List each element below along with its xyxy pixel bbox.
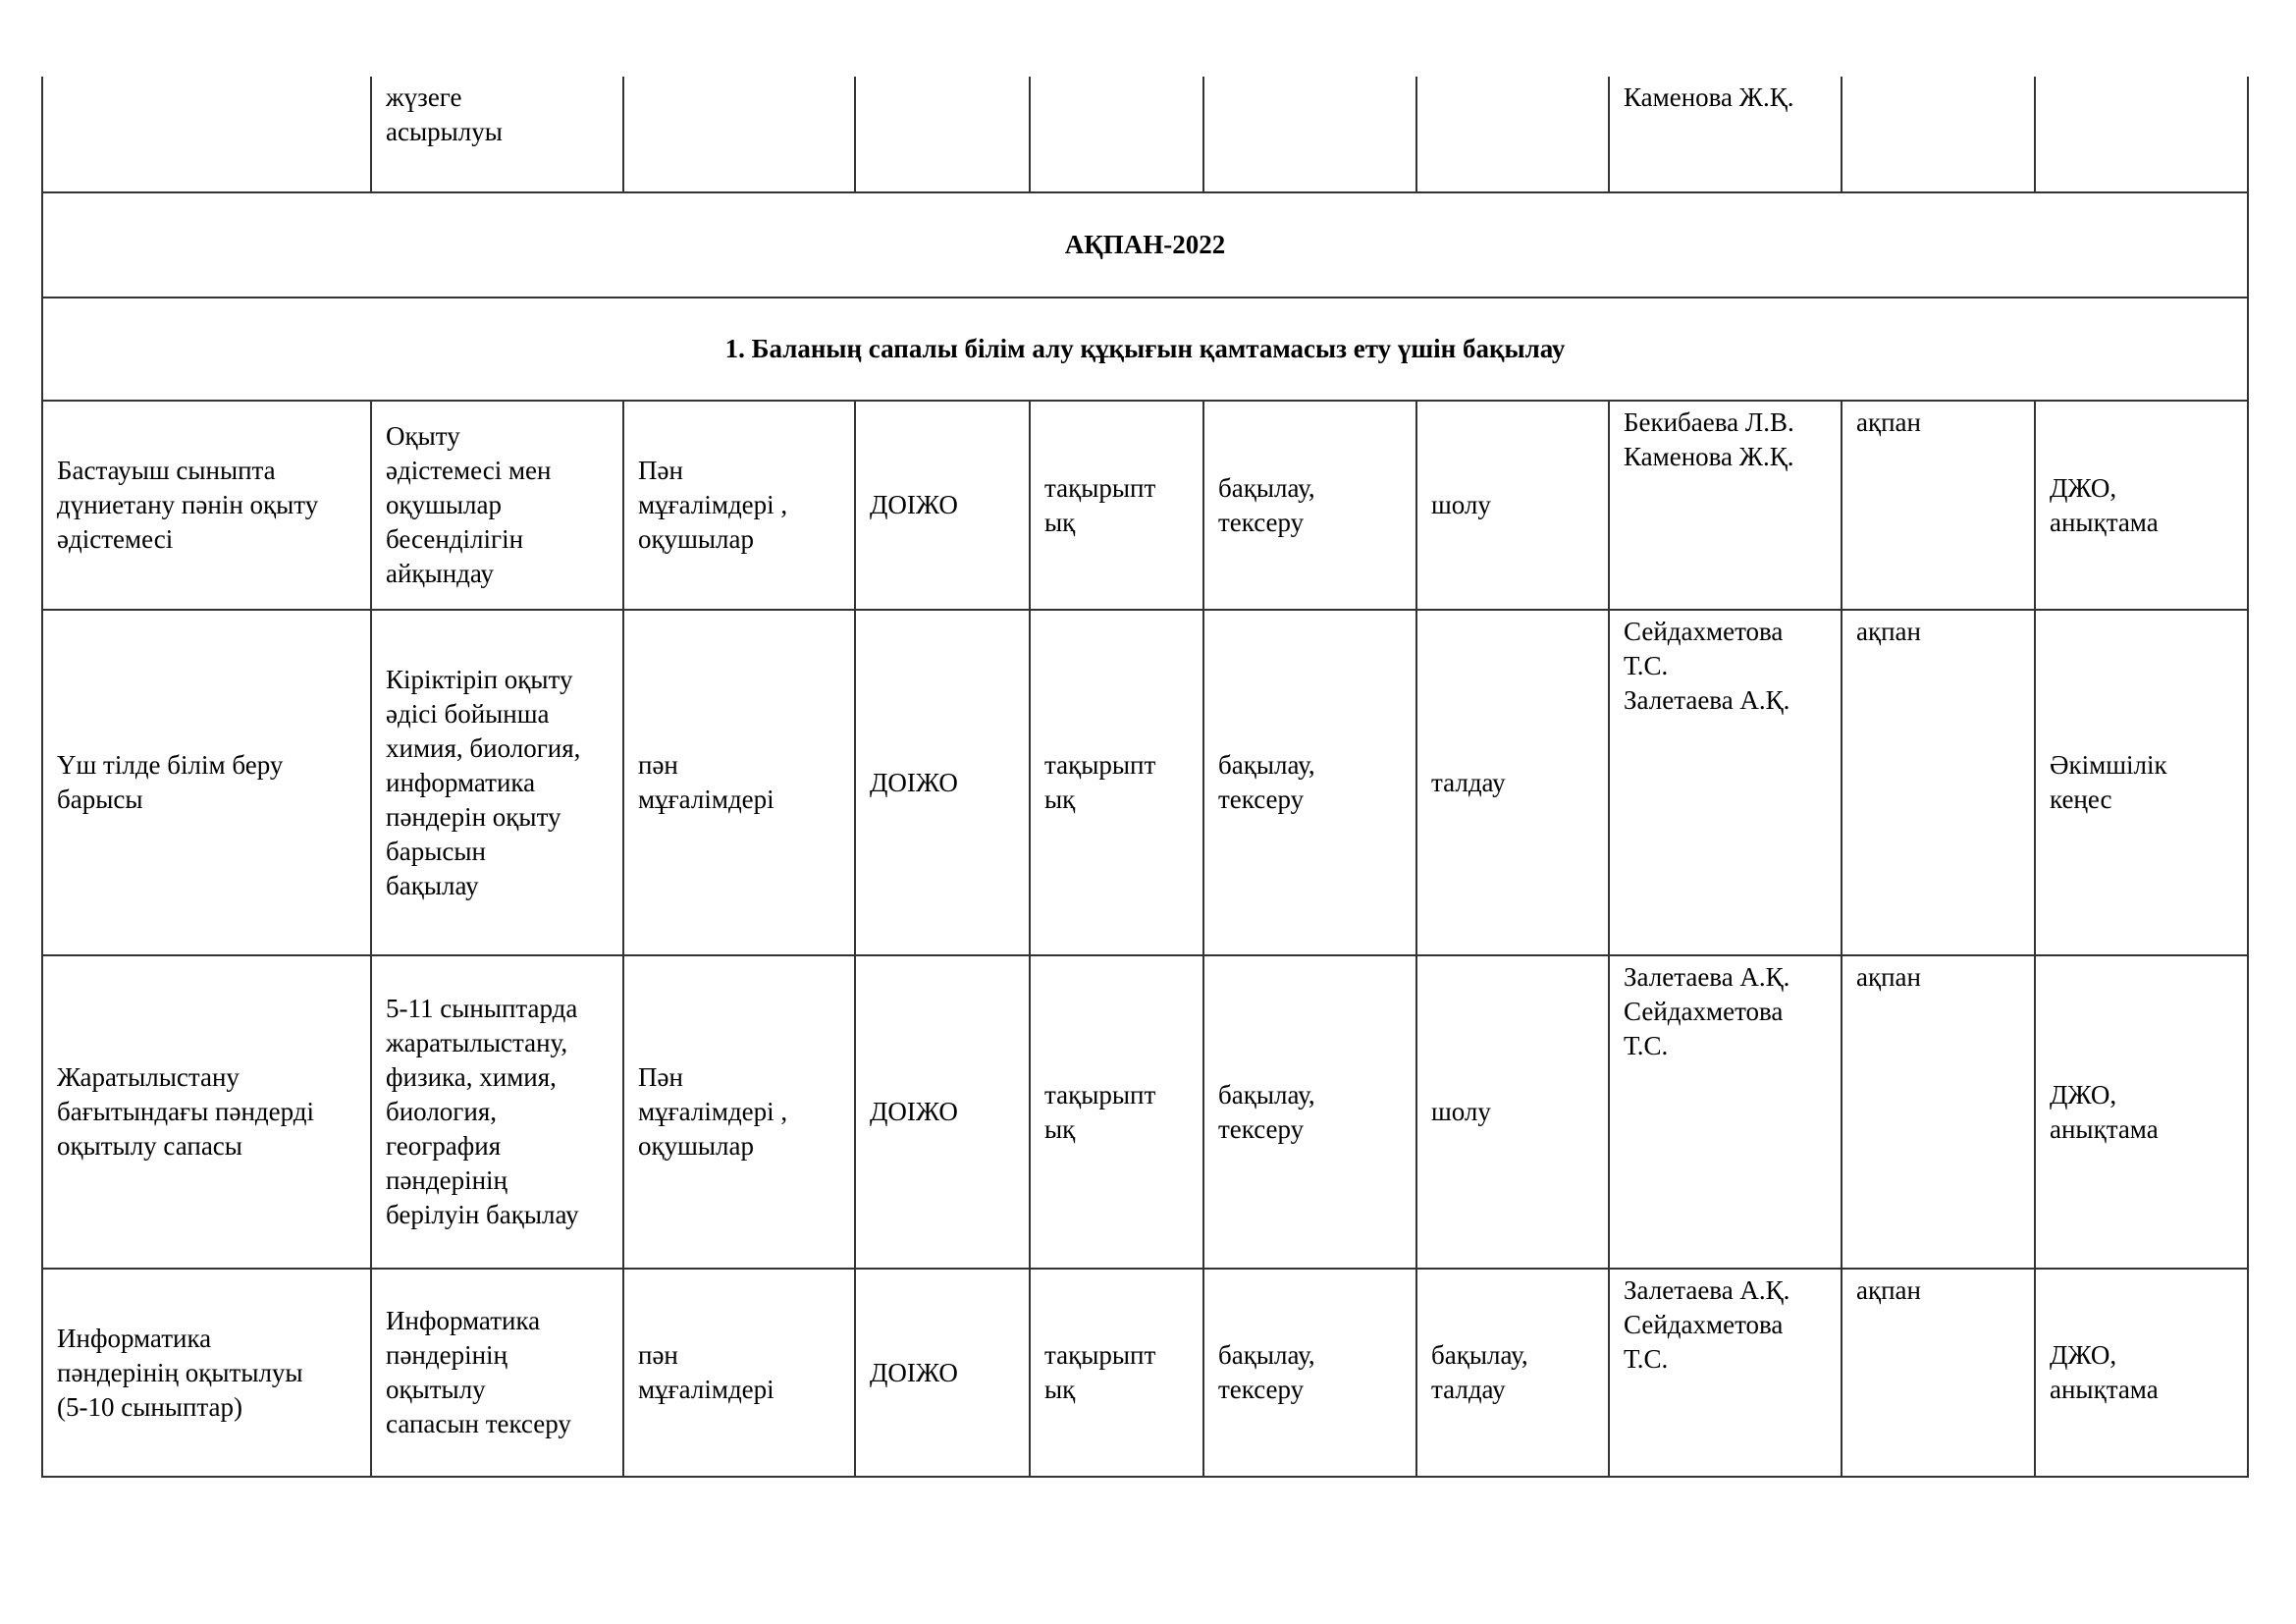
cell-responsible: Залетаева А.Қ.СейдахметоваТ.С.	[1609, 1269, 1842, 1477]
cell-goal: Оқытуәдістемесі меноқушыларбесенділігіна…	[371, 401, 623, 610]
cell-text-line: Залетаева А.Қ.	[1624, 1273, 1827, 1308]
cell-text-line: барысы	[57, 783, 356, 817]
cell-text-line: тексеру	[1218, 1373, 1402, 1407]
cell-output: ДЖО,анықтама	[2035, 955, 2248, 1269]
cell-text-line: анықтама	[2050, 506, 2233, 540]
cell-unit: ДОІЖО	[855, 401, 1030, 610]
cell-period	[1842, 77, 2035, 192]
cell-text-line: Сейдахметова	[1624, 615, 1827, 649]
cell-text-line: информатика	[386, 766, 609, 800]
cell-text-line: сапасын тексеру	[386, 1407, 609, 1441]
cell-goal: Информатикапәндерініңоқытылусапасын текс…	[371, 1269, 623, 1477]
cell-text-line: бақылау	[386, 869, 609, 903]
cell-text-line: әдістемесі	[57, 522, 356, 557]
cell-text-line: ДЖО,	[2050, 1078, 2233, 1112]
cell-text-line: шолу	[1431, 1095, 1594, 1129]
cell-topic: Жаратылыстанубағытындағы пәндердіоқытылу…	[42, 955, 371, 1269]
cell-type: тақырыптық	[1030, 610, 1203, 955]
cell-text-line: мұғалімдері	[638, 1373, 840, 1407]
cell-text-line: пән	[638, 1338, 840, 1373]
cell-text-line: физика, химия,	[386, 1060, 609, 1095]
cell-text-line: оқытылу сапасы	[57, 1129, 356, 1164]
cell-text-line: Сейдахметова	[1624, 995, 1827, 1029]
cell-responsible: Залетаева А.Қ.СейдахметоваТ.С.	[1609, 955, 1842, 1269]
cell-text-line: пәндерінің	[386, 1338, 609, 1373]
cell-method: бақылау,тексеру	[1203, 401, 1416, 610]
cell-goal: 5-11 сыныптардажаратылыстану,физика, хим…	[371, 955, 623, 1269]
cell-text-line: пән	[638, 748, 840, 783]
cell-goal: Кіріктіріп оқытуәдісі бойыншахимия, биол…	[371, 610, 623, 955]
table-row: Бастауыш сыныптадүниетану пәнін оқытуәді…	[42, 401, 2248, 610]
cell-text-line: ық	[1044, 506, 1189, 540]
cell-text-line: талдау	[1431, 1373, 1594, 1407]
control-plan-table: жүзегеасырылуы Каменова Ж.Қ. АҚПАН-2022 …	[41, 77, 2249, 1478]
cell-topic: Үш тілде білім берубарысы	[42, 610, 371, 955]
cell-text-line: биология,	[386, 1095, 609, 1129]
cell-text-line: химия, биология,	[386, 731, 609, 766]
cell-form	[1416, 77, 1609, 192]
cell-text-line: анықтама	[2050, 1112, 2233, 1147]
cell-topic	[42, 77, 371, 192]
cell-text-line: барысын	[386, 835, 609, 869]
cell-text-line: Каменова Ж.Қ.	[1624, 81, 1827, 115]
cell-text-line: тексеру	[1218, 783, 1402, 817]
table-row: Жаратылыстанубағытындағы пәндердіоқытылу…	[42, 955, 2248, 1269]
cell-text-line: пәндерінің	[386, 1164, 609, 1198]
cell-text-line: оқушылар	[638, 1129, 840, 1164]
cell-text-line: Оқыту	[386, 419, 609, 454]
cell-output: ДЖО,анықтама	[2035, 401, 2248, 610]
cell-output: Әкімшіліккеңес	[2035, 610, 2248, 955]
cell-period: ақпан	[1842, 610, 2035, 955]
cell-unit	[855, 77, 1030, 192]
cell-text-line: Кіріктіріп оқыту	[386, 663, 609, 697]
cell-form: бақылау,талдау	[1416, 1269, 1609, 1477]
cell-text-line: бақылау,	[1218, 1078, 1402, 1112]
cell-period: ақпан	[1842, 1269, 2035, 1477]
table-row: Информатикапәндерінің оқытылуы(5-10 сыны…	[42, 1269, 2248, 1477]
cell-text-line: тақырыпт	[1044, 748, 1189, 783]
cell-text-line: Т.С.	[1624, 1029, 1827, 1063]
cell-method	[1203, 77, 1416, 192]
cell-text-line: тақырыпт	[1044, 471, 1189, 506]
cell-text-line: 5-11 сыныптарда	[386, 992, 609, 1026]
cell-goal: жүзегеасырылуы	[371, 77, 623, 192]
cell-text-line: мұғалімдері	[638, 783, 840, 817]
cell-output: ДЖО,анықтама	[2035, 1269, 2248, 1477]
cell-object: Пәнмұғалімдері ,оқушылар	[623, 401, 855, 610]
cell-text-line: Информатика	[57, 1322, 356, 1356]
cell-text-line: ДЖО,	[2050, 1338, 2233, 1373]
cell-text-line: бесенділігін	[386, 522, 609, 557]
cell-text-line: әдісі бойынша	[386, 697, 609, 731]
month-header-row: АҚПАН-2022	[42, 192, 2248, 298]
cell-text-line: ық	[1044, 1112, 1189, 1147]
cell-text-line: анықтама	[2050, 1373, 2233, 1407]
cell-text-line: география	[386, 1129, 609, 1164]
cell-text-line: бағытындағы пәндерді	[57, 1095, 356, 1129]
cell-text-line: бақылау,	[1218, 471, 1402, 506]
cell-text-line: Информатика	[386, 1304, 609, 1338]
cell-text-line: Сейдахметова	[1624, 1308, 1827, 1342]
cell-text-line: кеңес	[2050, 783, 2233, 817]
cell-topic: Бастауыш сыныптадүниетану пәнін оқытуәді…	[42, 401, 371, 610]
cell-text-line: Т.С.	[1624, 649, 1827, 683]
cell-text-line: жаратылыстану,	[386, 1026, 609, 1060]
cell-text-line: Жаратылыстану	[57, 1060, 356, 1095]
cell-text-line: Бекибаева Л.В.	[1624, 406, 1827, 440]
cell-text-line: мұғалімдері ,	[638, 1095, 840, 1129]
table-row: Үш тілде білім берубарысыКіріктіріп оқыт…	[42, 610, 2248, 955]
cell-text-line: оқушылар	[386, 488, 609, 522]
cell-unit: ДОІЖО	[855, 610, 1030, 955]
cell-unit: ДОІЖО	[855, 955, 1030, 1269]
cell-object: пәнмұғалімдері	[623, 1269, 855, 1477]
cell-text-line: дүниетану пәнін оқыту	[57, 488, 356, 522]
section-header-row: 1. Баланың сапалы білім алу құқығын қамт…	[42, 298, 2248, 401]
cell-text-line: ық	[1044, 1373, 1189, 1407]
cell-object	[623, 77, 855, 192]
cell-method: бақылау,тексеру	[1203, 610, 1416, 955]
cell-text-line: ДОІЖО	[870, 766, 1015, 800]
cell-text-line: Әкімшілік	[2050, 748, 2233, 783]
cell-text-line: Каменова Ж.Қ.	[1624, 440, 1827, 474]
cell-form: талдау	[1416, 610, 1609, 955]
cell-text-line: бақылау,	[1431, 1338, 1594, 1373]
cell-form: шолу	[1416, 401, 1609, 610]
cell-type: тақырыптық	[1030, 1269, 1203, 1477]
cell-method: бақылау,тексеру	[1203, 955, 1416, 1269]
cell-text-line: ДОІЖО	[870, 1356, 1015, 1390]
cell-text-line: Пән	[638, 454, 840, 488]
cell-object: Пәнмұғалімдері ,оқушылар	[623, 955, 855, 1269]
cell-type	[1030, 77, 1203, 192]
cell-text-line: жүзеге	[386, 81, 609, 115]
cell-text-line: әдістемесі мен	[386, 454, 609, 488]
cell-text-line: ақпан	[1856, 615, 2020, 649]
cell-text-line: талдау	[1431, 766, 1594, 800]
cell-form: шолу	[1416, 955, 1609, 1269]
cell-text-line: оқушылар	[638, 522, 840, 557]
cell-text-line: асырылуы	[386, 115, 609, 149]
cell-text-line: мұғалімдері ,	[638, 488, 840, 522]
cell-text-line: ық	[1044, 783, 1189, 817]
cell-text-line: ДЖО,	[2050, 471, 2233, 506]
cell-output	[2035, 77, 2248, 192]
cell-topic: Информатикапәндерінің оқытылуы(5-10 сыны…	[42, 1269, 371, 1477]
cell-period: ақпан	[1842, 955, 2035, 1269]
cell-text-line: Т.С.	[1624, 1342, 1827, 1377]
cell-text-line: ДОІЖО	[870, 488, 1015, 522]
cell-text-line: тақырыпт	[1044, 1338, 1189, 1373]
cell-text-line: ақпан	[1856, 960, 2020, 995]
continuation-row: жүзегеасырылуы Каменова Ж.Қ.	[42, 77, 2248, 192]
cell-text-line: ақпан	[1856, 1273, 2020, 1308]
cell-method: бақылау,тексеру	[1203, 1269, 1416, 1477]
cell-responsible: Каменова Ж.Қ.	[1609, 77, 1842, 192]
cell-period: ақпан	[1842, 401, 2035, 610]
cell-text-line: тексеру	[1218, 506, 1402, 540]
cell-text-line: Бастауыш сыныпта	[57, 454, 356, 488]
cell-text-line: айқындау	[386, 557, 609, 591]
section-header: 1. Баланың сапалы білім алу құқығын қамт…	[42, 298, 2248, 401]
cell-text-line: оқытылу	[386, 1373, 609, 1407]
month-header: АҚПАН-2022	[42, 192, 2248, 298]
cell-text-line: тексеру	[1218, 1112, 1402, 1147]
cell-text-line: пәндерінің оқытылуы	[57, 1356, 356, 1390]
cell-text-line: ақпан	[1856, 406, 2020, 440]
cell-text-line: ДОІЖО	[870, 1095, 1015, 1129]
cell-text-line: берілуін бақылау	[386, 1198, 609, 1232]
cell-type: тақырыптық	[1030, 955, 1203, 1269]
cell-text-line: Үш тілде білім беру	[57, 748, 356, 783]
cell-responsible: Бекибаева Л.В.Каменова Ж.Қ.	[1609, 401, 1842, 610]
cell-text-line: пәндерін оқыту	[386, 800, 609, 835]
cell-unit: ДОІЖО	[855, 1269, 1030, 1477]
cell-text-line: (5-10 сыныптар)	[57, 1390, 356, 1425]
cell-responsible: СейдахметоваТ.С.Залетаева А.Қ.	[1609, 610, 1842, 955]
cell-text-line: Залетаева А.Қ.	[1624, 960, 1827, 995]
cell-text-line: бақылау,	[1218, 1338, 1402, 1373]
cell-text-line: шолу	[1431, 488, 1594, 522]
cell-text-line: бақылау,	[1218, 748, 1402, 783]
cell-text-line: Залетаева А.Қ.	[1624, 683, 1827, 718]
cell-object: пәнмұғалімдері	[623, 610, 855, 955]
cell-text-line: тақырыпт	[1044, 1078, 1189, 1112]
cell-text-line: Пән	[638, 1060, 840, 1095]
cell-type: тақырыптық	[1030, 401, 1203, 610]
